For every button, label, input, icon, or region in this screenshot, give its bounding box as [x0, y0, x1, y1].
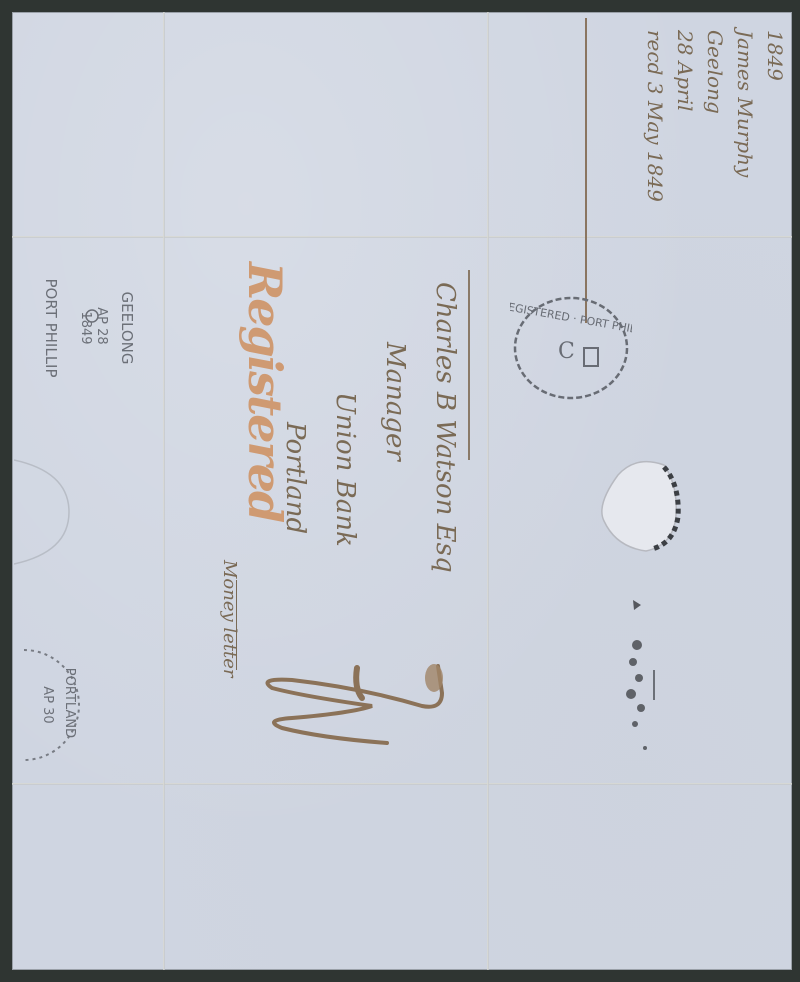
svg-text:PORTLAND AP 30: PORTLAND AP 30: [40, 668, 77, 742]
docket-origin: Geelong: [700, 30, 730, 202]
fold-line-horizontal-1: [12, 236, 792, 238]
docket-sender: James Murphy: [730, 30, 760, 202]
svg-text:GEELONG: GEELONG: [118, 291, 136, 364]
fold-line-vertical-1: [163, 12, 165, 970]
addressee-bank: Union Bank: [320, 282, 370, 573]
docket-sent-date: 28 April: [670, 30, 700, 202]
registration-postmark-center: C: [558, 339, 575, 364]
arrival-postmark-icon: PORTLAND AP 30: [14, 640, 94, 770]
rate-mark-icon: [262, 658, 452, 753]
geelong-postmark-icon: GEELONG AP 28 1849 PORT PHILLIP: [22, 258, 142, 408]
svg-text:PORT PHILLIP: PORT PHILLIP: [42, 278, 60, 377]
registration-postmark-icon: REGISTERED · PORT PHILLIP C: [510, 292, 632, 404]
fold-line-horizontal-2: [12, 783, 792, 785]
docket-rule: [585, 18, 587, 323]
arrival-town: PORTLAND: [62, 668, 77, 738]
postmark-town: GEELONG: [118, 291, 136, 364]
arrival-date: AP 30: [40, 686, 55, 723]
money-letter-notation: Money letter: [219, 560, 240, 678]
docket-year: 1849: [760, 30, 790, 202]
address-block: Charles B Watson Esq Manager Union Bank …: [270, 282, 470, 573]
docket-note: 1849 James Murphy Geelong 28 April recd …: [640, 30, 790, 202]
svg-text:AP 28 1849: AP 28 1849: [78, 307, 109, 349]
fold-line-vertical-2: [487, 12, 489, 970]
wax-seal-remnant-icon: [596, 455, 686, 560]
partial-cancel-smudge-icon: [615, 600, 665, 760]
docket-received-date: recd 3 May 1849: [640, 30, 670, 202]
addressee-name: Charles B Watson Esq: [420, 282, 470, 573]
registered-endorsement: Registered: [238, 262, 292, 521]
addressee-title: Manager: [370, 282, 420, 573]
seal-outline-icon: [14, 452, 74, 572]
registration-postmark-text: REGISTERED · PORT PHILLIP: [510, 299, 632, 338]
postmark-region: PORT PHILLIP: [42, 278, 60, 377]
